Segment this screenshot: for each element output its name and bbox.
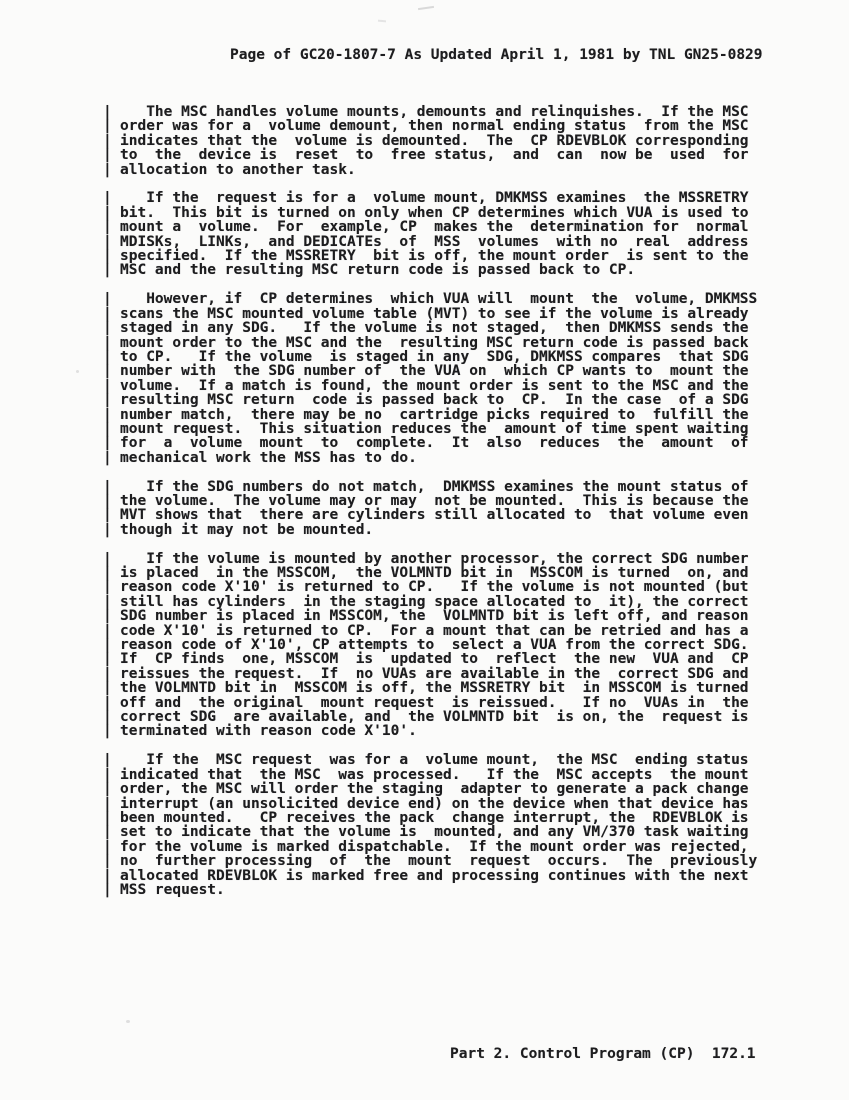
text-line: |interrupt (an unsolicited device end) o… — [103, 797, 783, 811]
change-bar: | — [103, 379, 112, 393]
change-bar: | — [103, 163, 112, 177]
line-text: allocation to another task. — [120, 163, 356, 177]
change-bar: | — [103, 148, 112, 162]
change-bar: | — [103, 206, 112, 220]
line-text: indicated that the MSC was processed. If… — [120, 768, 749, 782]
line-text: no further processing of the mount reque… — [120, 854, 757, 868]
line-text: If the request is for a volume mount, DM… — [120, 191, 749, 205]
change-bar: | — [103, 681, 112, 695]
change-bar: | — [103, 263, 112, 277]
line-text: terminated with reason code X'10'. — [120, 724, 417, 738]
line-text: allocated RDEVBLOK is marked free and pr… — [120, 869, 749, 883]
line-text: set to indicate that the volume is mount… — [120, 825, 749, 839]
change-bar: | — [103, 321, 112, 335]
text-line: |indicated that the MSC was processed. I… — [103, 768, 783, 782]
text-line: |number with the SDG number of the VUA o… — [103, 364, 783, 378]
line-text: though it may not be mounted. — [120, 523, 373, 537]
document-body: | The MSC handles volume mounts, demount… — [103, 105, 783, 897]
text-line: |volume. If a match is found, the mount … — [103, 379, 783, 393]
line-text: for a volume mount to complete. It also … — [120, 436, 749, 450]
change-bar: | — [103, 595, 112, 609]
text-line: | If the volume is mounted by another pr… — [103, 552, 783, 566]
change-bar: | — [103, 710, 112, 724]
text-line: |staged in any SDG. If the volume is not… — [103, 321, 783, 335]
line-text: MDISKs, LINKs, and DEDICATEs of MSS volu… — [120, 235, 749, 249]
line-text: mount a volume. For example, CP makes th… — [120, 220, 749, 234]
change-bar: | — [103, 652, 112, 666]
line-text: MVT shows that there are cylinders still… — [120, 508, 749, 522]
line-text: order was for a volume demount, then nor… — [120, 119, 749, 133]
text-line: |for a volume mount to complete. It also… — [103, 436, 783, 450]
change-bar: | — [103, 451, 112, 465]
change-bar: | — [103, 134, 112, 148]
change-bar: | — [103, 753, 112, 767]
line-text: order, the MSC will order the staging ad… — [120, 782, 749, 796]
line-text: interrupt (an unsolicited device end) on… — [120, 797, 749, 811]
text-line: |mount request. This situation reduces t… — [103, 422, 783, 436]
text-line: |mount order to the MSC and the resultin… — [103, 336, 783, 350]
line-text: number with the SDG number of the VUA on… — [120, 364, 749, 378]
text-line: |though it may not be mounted. — [103, 523, 783, 537]
blank-line — [103, 465, 783, 479]
change-bar: | — [103, 566, 112, 580]
line-text: MSS request. — [120, 883, 225, 897]
text-line: |mechanical work the MSS has to do. — [103, 451, 783, 465]
line-text: mount order to the MSC and the resulting… — [120, 336, 749, 350]
change-bar: | — [103, 609, 112, 623]
change-bar: | — [103, 638, 112, 652]
change-bar: | — [103, 797, 112, 811]
line-text: MSC and the resulting MSC return code is… — [120, 263, 635, 277]
text-line: |MSS request. — [103, 883, 783, 897]
text-line: |number match, there may be no cartridge… — [103, 408, 783, 422]
change-bar: | — [103, 307, 112, 321]
text-line: | However, if CP determines which VUA wi… — [103, 292, 783, 306]
line-text: for the volume is marked dispatchable. I… — [120, 840, 749, 854]
change-bar: | — [103, 336, 112, 350]
page-header: Page of GC20-1807-7 As Updated April 1, … — [230, 48, 763, 63]
text-line: |the VOLMNTD bit in MSSCOM is off, the M… — [103, 681, 783, 695]
text-line: |order, the MSC will order the staging a… — [103, 782, 783, 796]
text-line: |MSC and the resulting MSC return code i… — [103, 263, 783, 277]
line-text: However, if CP determines which VUA will… — [120, 292, 757, 306]
text-line: |allocated RDEVBLOK is marked free and p… — [103, 869, 783, 883]
text-line: | If the request is for a volume mount, … — [103, 191, 783, 205]
text-line: |SDG number is placed in MSSCOM, the VOL… — [103, 609, 783, 623]
change-bar: | — [103, 292, 112, 306]
line-text: to the device is reset to free status, a… — [120, 148, 749, 162]
change-bar: | — [103, 364, 112, 378]
text-line: |reason code X'10' is returned to CP. If… — [103, 580, 783, 594]
line-text: If CP finds one, MSSCOM is updated to re… — [120, 652, 749, 666]
change-bar: | — [103, 869, 112, 883]
line-text: scans the MSC mounted volume table (MVT)… — [120, 307, 749, 321]
page-footer: Part 2. Control Program (CP) 172.1 — [450, 1047, 756, 1062]
line-text: staged in any SDG. If the volume is not … — [120, 321, 749, 335]
line-text: reason code X'10' is returned to CP. If … — [120, 580, 749, 594]
text-line: |off and the original mount request is r… — [103, 696, 783, 710]
change-bar: | — [103, 191, 112, 205]
line-text: mechanical work the MSS has to do. — [120, 451, 417, 465]
change-bar: | — [103, 667, 112, 681]
change-bar: | — [103, 408, 112, 422]
change-bar: | — [103, 235, 112, 249]
change-bar: | — [103, 768, 112, 782]
text-line: |mount a volume. For example, CP makes t… — [103, 220, 783, 234]
change-bar: | — [103, 782, 112, 796]
text-line: |MVT shows that there are cylinders stil… — [103, 508, 783, 522]
text-line: |allocation to another task. — [103, 163, 783, 177]
scan-artifact — [418, 6, 434, 10]
line-text: volume. If a match is found, the mount o… — [120, 379, 749, 393]
text-line: |no further processing of the mount requ… — [103, 854, 783, 868]
scanned-page: Page of GC20-1807-7 As Updated April 1, … — [0, 0, 849, 1100]
line-text: mount request. This situation reduces th… — [120, 422, 749, 436]
change-bar: | — [103, 825, 112, 839]
text-line: |for the volume is marked dispatchable. … — [103, 840, 783, 854]
change-bar: | — [103, 883, 112, 897]
text-line: |resulting MSC return code is passed bac… — [103, 393, 783, 407]
text-line: |code X'10' is returned to CP. For a mou… — [103, 624, 783, 638]
blank-line — [103, 537, 783, 551]
line-text: SDG number is placed in MSSCOM, the VOLM… — [120, 609, 749, 623]
change-bar: | — [103, 840, 112, 854]
change-bar: | — [103, 508, 112, 522]
text-line: |order was for a volume demount, then no… — [103, 119, 783, 133]
change-bar: | — [103, 854, 112, 868]
scan-artifact — [126, 1020, 130, 1023]
change-bar: | — [103, 436, 112, 450]
change-bar: | — [103, 480, 112, 494]
text-line: | If the MSC request was for a volume mo… — [103, 753, 783, 767]
change-bar: | — [103, 220, 112, 234]
change-bar: | — [103, 393, 112, 407]
text-line: |If CP finds one, MSSCOM is updated to r… — [103, 652, 783, 666]
change-bar: | — [103, 422, 112, 436]
change-bar: | — [103, 105, 112, 119]
change-bar: | — [103, 696, 112, 710]
text-line: |set to indicate that the volume is moun… — [103, 825, 783, 839]
line-text: code X'10' is returned to CP. For a moun… — [120, 624, 749, 638]
change-bar: | — [103, 523, 112, 537]
change-bar: | — [103, 580, 112, 594]
text-line: | If the SDG numbers do not match, DMKMS… — [103, 480, 783, 494]
line-text: off and the original mount request is re… — [120, 696, 749, 710]
change-bar: | — [103, 811, 112, 825]
text-line: |to the device is reset to free status, … — [103, 148, 783, 162]
line-text: the VOLMNTD bit in MSSCOM is off, the MS… — [120, 681, 749, 695]
text-line: |MDISKs, LINKs, and DEDICATEs of MSS vol… — [103, 235, 783, 249]
line-text: If the volume is mounted by another proc… — [120, 552, 749, 566]
change-bar: | — [103, 119, 112, 133]
change-bar: | — [103, 624, 112, 638]
line-text: If the MSC request was for a volume moun… — [120, 753, 749, 767]
scan-artifact — [76, 370, 79, 373]
change-bar: | — [103, 724, 112, 738]
change-bar: | — [103, 494, 112, 508]
change-bar: | — [103, 249, 112, 263]
change-bar: | — [103, 552, 112, 566]
change-bar: | — [103, 350, 112, 364]
line-text: resulting MSC return code is passed back… — [120, 393, 749, 407]
text-line: |terminated with reason code X'10'. — [103, 724, 783, 738]
line-text: number match, there may be no cartridge … — [120, 408, 749, 422]
scan-artifact — [378, 20, 386, 23]
line-text: If the SDG numbers do not match, DMKMSS … — [120, 480, 749, 494]
text-line: |scans the MSC mounted volume table (MVT… — [103, 307, 783, 321]
